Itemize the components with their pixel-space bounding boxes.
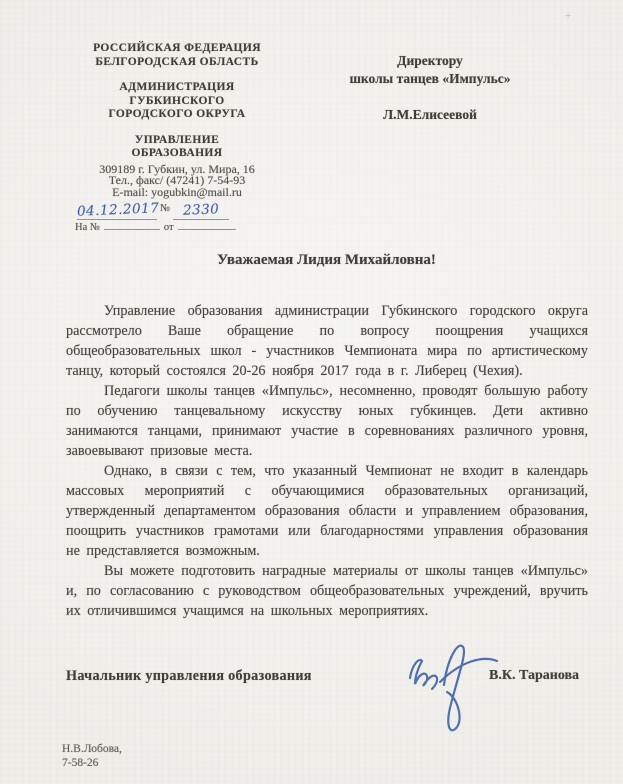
outgoing-date-field: 04.12.2017 xyxy=(77,201,157,220)
addressee-title: Директору xyxy=(336,52,524,70)
body-paragraph-2: Педагоги школы танцев «Импульс», несомне… xyxy=(66,381,588,461)
body-paragraph-1: Управление образования администрации Губ… xyxy=(66,301,588,381)
letterhead-administration-line3: ГОРОДСКОГО ОКРУГА xyxy=(55,108,299,122)
signer-name: В.К. Таранова xyxy=(489,668,579,684)
letterhead-region: БЕЛГОРОДСКАЯ ОБЛАСТЬ xyxy=(55,56,299,70)
reference-prefix: На № xyxy=(75,222,100,233)
body-paragraph-4: Вы можете подготовить наградные материал… xyxy=(66,561,588,621)
scan-artifact-cross: + xyxy=(565,10,571,22)
executor-name: Н.В.Лобова, xyxy=(62,742,122,756)
executor-block: Н.В.Лобова, 7-58-26 xyxy=(62,742,122,770)
spacer xyxy=(55,122,299,134)
executor-phone: 7-58-26 xyxy=(62,756,122,770)
scanned-letter-page: + РОССИЙСКАЯ ФЕДЕРАЦИЯ БЕЛГОРОДСКАЯ ОБЛА… xyxy=(0,0,623,784)
letterhead-department-line2: ОБРАЗОВАНИЯ xyxy=(55,147,299,161)
letterhead-department-line1: УПРАВЛЕНИЕ xyxy=(55,134,299,148)
letterhead-country: РОССИЙСКАЯ ФЕДЕРАЦИЯ xyxy=(55,42,299,56)
signer-position-title: Начальник управления образования xyxy=(66,668,312,685)
outgoing-number-line: 04.12.2017№2330 xyxy=(55,201,299,218)
letterhead-administration-line2: ГУБКИНСКОГО xyxy=(55,95,299,109)
reference-ot-label: от xyxy=(164,222,174,233)
addressee-organization: школы танцев «Импульс» xyxy=(336,70,524,88)
addressee-block: Директору школы танцев «Импульс» Л.М.Ели… xyxy=(336,52,524,124)
reference-number-blank xyxy=(104,219,160,230)
reference-date-blank xyxy=(178,219,236,230)
body-paragraph-3: Однако, в связи с тем, что указанный Чем… xyxy=(66,461,588,561)
handwritten-date: 04.12.2017 xyxy=(77,200,160,220)
letter-body: Управление образования администрации Губ… xyxy=(66,301,588,621)
spacer xyxy=(55,69,299,81)
letterhead-administration-line1: АДМИНИСТРАЦИЯ xyxy=(55,81,299,95)
letterhead-email: E-mail: yogubkin@mail.ru xyxy=(55,187,299,199)
addressee-name: Л.М.Елисеевой xyxy=(336,106,524,124)
salutation: Уважаемая Лидия Михайловна! xyxy=(66,252,587,269)
letterhead-block: РОССИЙСКАЯ ФЕДЕРАЦИЯ БЕЛГОРОДСКАЯ ОБЛАСТ… xyxy=(55,42,299,233)
letterhead-contacts: 309189 г. Губкин, ул. Мира, 16 Тел., фак… xyxy=(55,164,299,199)
handwritten-signature-ink xyxy=(400,632,502,744)
reference-line: На №от xyxy=(55,219,299,233)
outgoing-number-field: 2330 xyxy=(173,201,229,220)
handwritten-number: 2330 xyxy=(183,201,220,219)
